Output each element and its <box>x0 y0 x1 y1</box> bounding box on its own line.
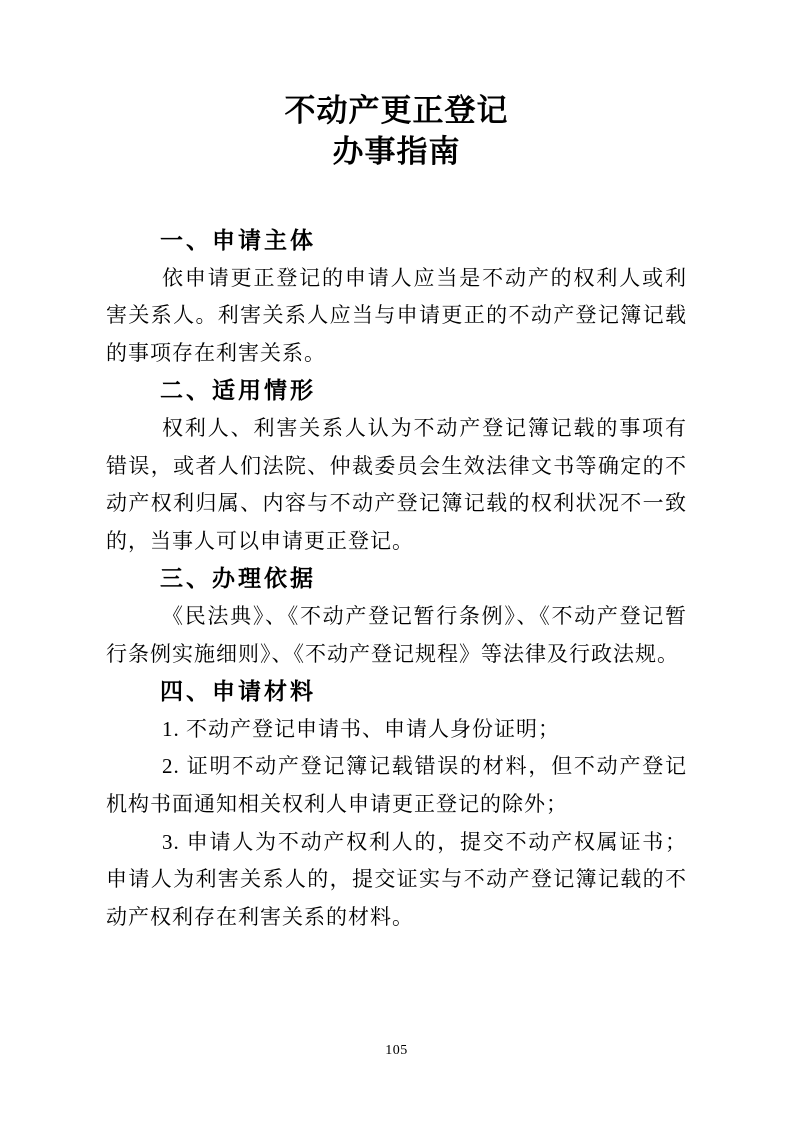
document-page: 不动产更正登记 办事指南 一、申请主体 依申请更正登记的申请人应当是不动产的权利… <box>0 0 793 1122</box>
paragraph-applicant-subject: 依申请更正登记的申请人应当是不动产的权利人或利害关系人。利害关系人应当与申请更正… <box>106 260 687 373</box>
section-applicant-subject: 一、申请主体 依申请更正登记的申请人应当是不动产的权利人或利害关系人。利害关系人… <box>106 222 687 372</box>
document-body: 一、申请主体 依申请更正登记的申请人应当是不动产的权利人或利害关系人。利害关系人… <box>106 222 687 936</box>
page-number: 105 <box>0 1043 793 1059</box>
section-application-materials: 四、申请材料 1. 不动产登记申请书、申请人身份证明； 2. 证明不动产登记簿记… <box>106 673 687 936</box>
section-heading-legal-basis: 三、办理依据 <box>106 560 687 598</box>
material-item-3: 3. 申请人为不动产权利人的，提交不动产权属证书；申请人为利害关系人的，提交证实… <box>106 824 687 937</box>
material-item-2: 2. 证明不动产登记簿记载错误的材料，但不动产登记机构书面通知相关权利人申请更正… <box>106 748 687 823</box>
material-item-1: 1. 不动产登记申请书、申请人身份证明； <box>106 711 687 749</box>
section-heading-applicant-subject: 一、申请主体 <box>106 222 687 260</box>
section-heading-applicable-situations: 二、适用情形 <box>106 372 687 410</box>
section-applicable-situations: 二、适用情形 权利人、利害关系人认为不动产登记簿记载的事项有错误，或者人们法院、… <box>106 372 687 560</box>
section-heading-application-materials: 四、申请材料 <box>106 673 687 711</box>
paragraph-applicable-situations: 权利人、利害关系人认为不动产登记簿记载的事项有错误，或者人们法院、仲裁委员会生效… <box>106 410 687 560</box>
paragraph-legal-basis: 《民法典》、《不动产登记暂行条例》、《不动产登记暂行条例实施细则》、《不动产登记… <box>106 598 687 673</box>
title-line-1: 不动产更正登记 <box>0 90 793 131</box>
document-title: 不动产更正登记 办事指南 <box>0 0 793 172</box>
section-legal-basis: 三、办理依据 《民法典》、《不动产登记暂行条例》、《不动产登记暂行条例实施细则》… <box>106 560 687 673</box>
title-line-2: 办事指南 <box>0 131 793 172</box>
